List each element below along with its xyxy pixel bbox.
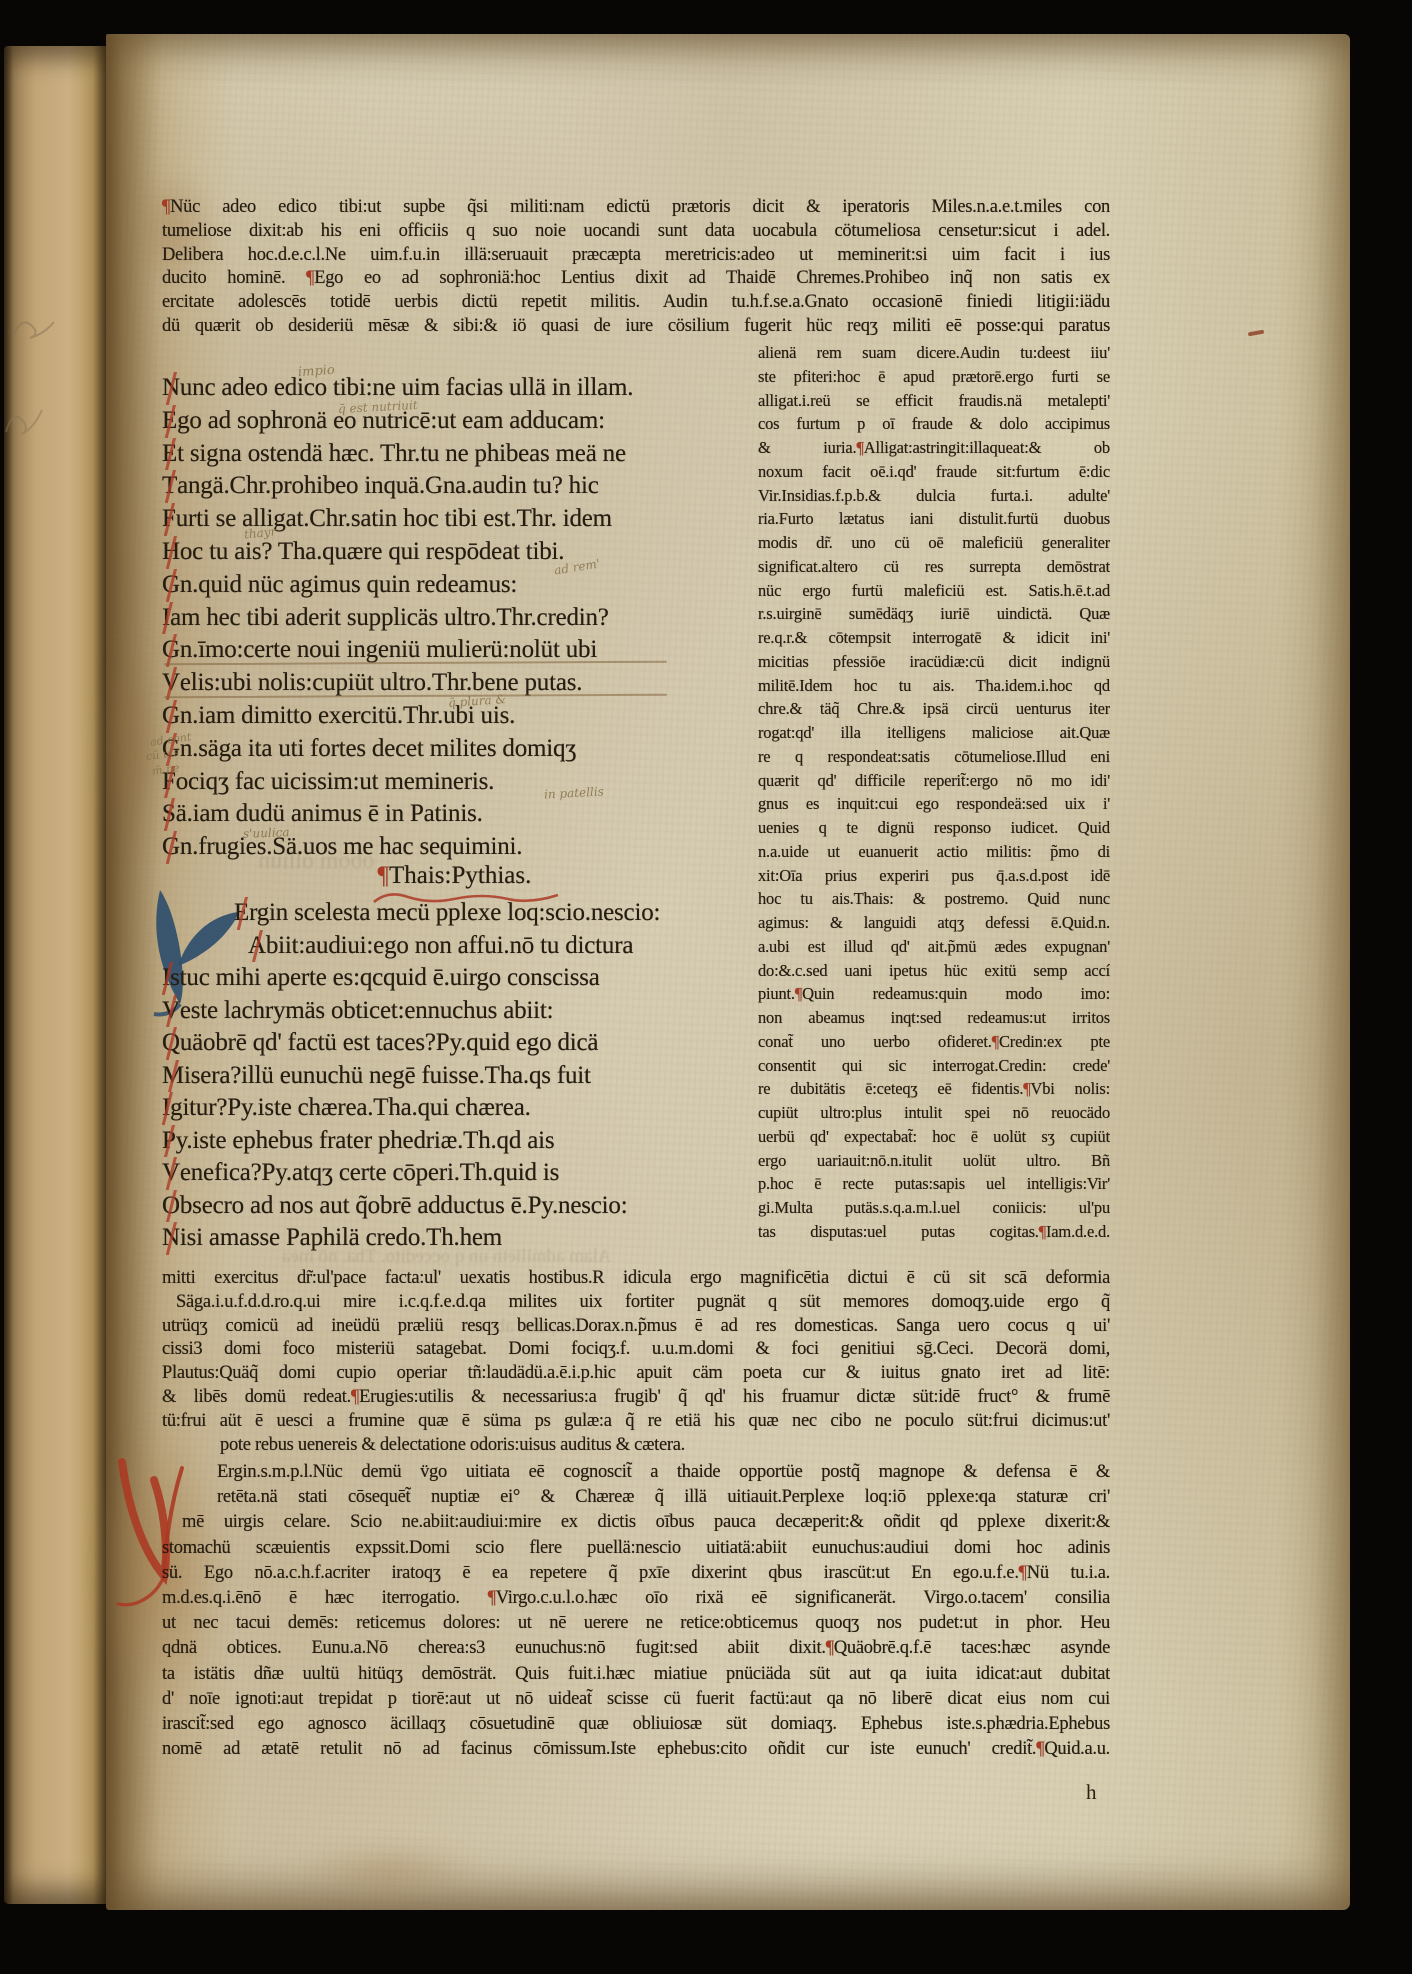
text-line: a.ubi est illud qd' ait.p̃mü ædes expugn… [758,935,1110,959]
text-line: gnus es inquit:cui ego respondeä:sed uix… [758,792,1110,816]
text-line: tü:frui aüt ē uesci a frumine quæ ē süma… [162,1410,1110,1434]
text-line: Gn.īmo:certe noui ingeniü mulierü:nolüt … [162,634,747,667]
text-line: micitias pfessiōe iracüdiæ:cü dicit indi… [758,650,1110,674]
scene-heading-label: Thais:Pythias. [389,862,531,889]
text-line: gi.Multa putäs.s.q.a.m.l.uel coniicis: u… [758,1196,1110,1220]
text-line: non abeamus inqt:sed redeamus:ut irritos [758,1006,1110,1030]
text-line: hoc tu ais.Thais: & postremo. Quid nunc [758,887,1110,911]
text-line: & libēs domü redeat.¶Erugies:utilis & ne… [162,1386,1110,1410]
text-line: significat.altero cü res surrepta demōst… [758,555,1110,579]
text-line: Igitur?Py.iste chærea.Tha.qui chærea. [162,1092,762,1125]
text-line: retēta.nä stati cōsequēt̃ nuptiæ ei° & C… [162,1485,1110,1510]
text-line: uerbü qd' expectabat̃: hoc ē uolüt sʒ cu… [758,1125,1110,1149]
text-line: Delibera hoc.d.e.c.l.Ne uim.f.u.in illä:… [162,244,1110,268]
scene-heading: ¶Thais:Pythias. [162,862,747,890]
text-line: p.hoc ē recte putas:sapis uel intelligis… [758,1172,1110,1196]
text-line: Gn.säga ita uti fortes decet milites dom… [162,733,747,766]
text-line: ergo uariauit:nō.n.itulit uolüt ultro. B… [758,1149,1110,1173]
text-line: ste pfiteri:hoc ē apud prætorē.ergo furt… [758,365,1110,389]
text-line: Nisi amasse Paphilä credo.Th.hem [162,1222,762,1255]
text-line: Ergin.s.m.p.l.Nüc demü v̈go uitiata eē c… [162,1460,1110,1485]
text-line: m.d.es.q.i.ēnō ē hæc iterrogatio. ¶Virgo… [162,1586,1110,1611]
commentary-top-block: ¶Nüc adeo edico tibi:ut supbe q̃si milit… [162,196,1110,339]
text-line: alienä rem suam dicere.Audin tu:deest ii… [758,341,1110,365]
text-line: Ergin scelesta mecü pplexe loq:scio.nesc… [162,897,762,930]
text-line: cupiüt ultro:plus intulit spei nō reuocä… [758,1101,1110,1125]
text-line: tas disputas:uel putas cogitas.¶Iam.d.e.… [758,1220,1110,1244]
text-line: tumeliose dixit:ab his eni officiis q su… [162,220,1110,244]
text-line: rogat:qd' illa itelligens maliciose ait.… [758,721,1110,745]
commentary-bottom-block-2: Ergin.s.m.p.l.Nüc demü v̈go uitiata eē c… [162,1460,1110,1762]
text-line: Misera?illü eunuchü negē fuisse.Tha.qs f… [162,1060,762,1093]
text-line: mē uirgis celare. Scio ne.abiit:audiui:m… [162,1510,1110,1535]
text-line: qdnä obtices. Eunu.a.Nō cherea:s3 eunuch… [162,1636,1110,1661]
text-line: consentit qui sic interrogat.Credin: cre… [758,1054,1110,1078]
text-line: ¶Nüc adeo edico tibi:ut supbe q̃si milit… [162,196,1110,220]
text-line: Vir.Insidias.f.p.b.& dulcia furta.i. adu… [758,484,1110,508]
quire-signature-mark: h [1086,1780,1097,1805]
book-photo: obom olliunAlam admilietn un q occedito.… [0,0,1412,1974]
text-line: do:&.c.sed uani ipetus hüc exitü semp ac… [758,959,1110,983]
text-line: irascit̃:sed ego agnosco äcillaqʒ cōsuet… [162,1712,1110,1737]
commentary-bottom-block-1: mitti exercitus dr̃:ul'pace facta:ul' ue… [162,1267,1110,1457]
text-line: re dubitätis ē:ceteqʒ eē fidentis.¶Vbi n… [758,1077,1110,1101]
text-line: sü. Ego nō.a.c.h.f.acriter iratoqʒ ē ea … [162,1561,1110,1586]
text-line: conat̃ uno uerbo ofideret.¶Credin:ex pte [758,1030,1110,1054]
text-line: quærit qd' difficile reperit̃:ergo nō mo… [758,769,1110,793]
text-line: ria.Furto lætatus iani distulit.furtü du… [758,507,1110,531]
text-line: nüc ergo furtü maleficiü est. Satis.h.ē.… [758,579,1110,603]
text-line: chre.& täq̃ Chre.& ipsä circü uenturus i… [758,697,1110,721]
text-line: Venefica?Py.atqʒ certe cōperi.Th.quid is [162,1157,762,1190]
text-line: Plautus:Quäq̃ domi cupio operiar tñ:laud… [162,1362,1110,1386]
text-line: d' noīe ignoti:aut trepidat p tiorē:aut … [162,1687,1110,1712]
text-line: Gn.quid nüc agimus quin redeamus: [162,569,747,602]
margin-squiggle-upper [10,306,60,346]
text-line: Veste lachrymäs obticet:ennuchus abiit: [162,995,762,1028]
heading-pilcrow-mark: ¶ [378,862,389,889]
text-line: n.a.uide ut euanuerit actio militis: p̃m… [758,840,1110,864]
text-line: re.q.r.& cōtempsit interrogatē & idicit … [758,626,1110,650]
text-line: Nunc adeo edico tibi:ne uim facias ullä … [162,372,747,405]
text-line: Et signa ostendä hæc. Thr.tu ne phibeas … [162,438,747,471]
text-line: noxum facit oē.i.qd' fraude sit:furtum ē… [758,460,1110,484]
text-line: uenies q te dignü responso iudicet. Quid [758,816,1110,840]
text-line: Py.iste ephebus frater phedriæ.Th.qd ais [162,1125,762,1158]
text-line: Obsecro ad nos aut q̃obrē adductus ē.Py.… [162,1190,762,1223]
text-line: re q respondeat:satis cōtumeliose.Illud … [758,745,1110,769]
text-line: utrüqʒ comicü ad ineüdü præliü resqʒ bel… [162,1315,1110,1339]
handwritten-gloss: s'uulica [243,825,290,841]
text-line: agimus: & languidi atqʒ defessi ē.Quid.n… [758,911,1110,935]
text-line: xit:Oīa prius experiri pus q̄.a.s.d.post… [758,864,1110,888]
margin-squiggle-lower [2,398,46,442]
text-line: ducito hominē. ¶Ego eo ad sophroniä:hoc … [162,267,1110,291]
text-line: cos furtum p oī fraude & dolo accipimus [758,412,1110,436]
text-line: Ego ad sophronä eo nutricē:ut eam adduca… [162,405,747,438]
text-line: Tangä.Chr.prohibeo inquä.Gna.audin tu? h… [162,470,747,503]
text-line: Quäobrē qd' factü est taces?Py.quid ego … [162,1027,762,1060]
text-line: nomē ad ætatē retulit nō ad facinus cōmi… [162,1737,1110,1762]
text-line: ut nec tacui demēs: reticemus dolores: u… [162,1611,1110,1636]
text-line: ta istätis dñæ uultü hitüqʒ demōsträt. Q… [162,1662,1110,1687]
text-line: Säga.i.u.f.d.d.ro.q.ui mire i.c.q.f.e.d.… [162,1291,1110,1315]
text-line: mitti exercitus dr̃:ul'pace facta:ul' ue… [162,1267,1110,1291]
text-line: Abiit:audiui:ego non affui.nō tu dictura [162,930,762,963]
text-line: modis dr̃. uno cü oē maleficiü generalit… [758,531,1110,555]
play-verse-column: Nunc adeo edico tibi:ne uim facias ullä … [162,372,747,864]
text-line: Iam hec tibi aderit supplicäs ultro.Thr.… [162,602,747,635]
text-line: r.s.uirginē sumēdäqʒ iuriē uindictä. Quæ [758,602,1110,626]
play-scene-text-block: Ergin scelesta mecü pplexe loq:scio.nesc… [162,897,762,1255]
text-line: alligat.i.reü se efficit fraudis.nä meta… [758,389,1110,413]
text-line: stomachü scæuientis expssit.Domi scio fl… [162,1536,1110,1561]
handwritten-gloss: impio [298,363,336,381]
text-line: piunt.¶Quin redeamus:quin modo imo: [758,982,1110,1006]
commentary-right-column: alienä rem suam dicere.Audin tu:deest ii… [758,341,1110,1244]
text-line: Fociqʒ fac uicissim:ut memineris. [162,766,747,799]
text-line: pote rebus uenereis & delectatione odori… [162,1434,1110,1458]
text-line: & iuria.¶Alligat:astringit:illaqueat:& o… [758,436,1110,460]
text-line: dü quærit ob desideriü mēsæ & sibi:& iö … [162,315,1110,339]
text-line: ercitate adolescēs totidē uerbis dictü r… [162,291,1110,315]
text-line: cissi3 domi foco misteriü satagebat. Dom… [162,1338,1110,1362]
text-line: Istuc mihi aperte es:qcquid ē.uirgo cons… [162,962,762,995]
text-line: militē.Idem hoc tu ais. Tha.idem.i.hoc q… [758,674,1110,698]
